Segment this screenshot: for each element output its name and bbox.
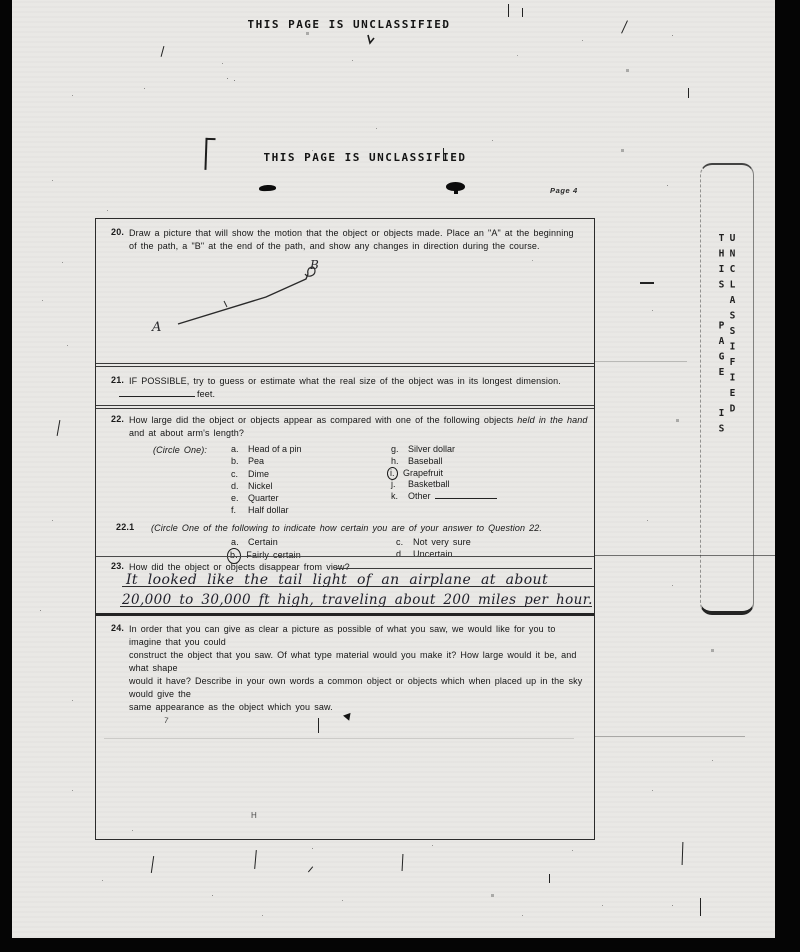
q22-options-col1: a.Head of a pin b.Pea c.Dime d.Nickel e.… (231, 444, 302, 518)
path-label-b: B (309, 258, 319, 272)
stray-bracket-mark (204, 138, 215, 170)
q22-text: How large did the object or objects appe… (129, 414, 591, 440)
scan-line-extension (595, 736, 745, 737)
q21-blank: feet. (119, 388, 215, 401)
ink-blob-left (259, 185, 276, 192)
scan-scratch (151, 856, 155, 873)
classification-side-text: THIS PAGE IS UNCLASSIFIED (716, 233, 738, 611)
scan-scratch (621, 20, 628, 33)
scan-scratch (640, 282, 654, 284)
q22-circle-instruction: (Circle One): (153, 444, 207, 457)
q22-1-number: 22.1 (116, 522, 134, 532)
ink-blob-right-stem (454, 189, 458, 194)
option-row: d.Nickel (231, 481, 302, 493)
page-number: Page 4 (550, 186, 578, 195)
question-22-section: 22. How large did the object or objects … (96, 409, 594, 556)
option-row: e.Quarter (231, 493, 302, 505)
option-row: c.Dime (231, 469, 302, 481)
scan-scratch (57, 420, 61, 436)
q20-number: 20. (111, 227, 124, 237)
question-21-section: 21. IF POSSIBLE, try to guess or estimat… (96, 367, 594, 405)
scan-scratch (308, 866, 313, 872)
classification-header-mid: THIS PAGE IS UNCLASSIFIED (250, 151, 480, 164)
question-23-section: 23. How did the object or objects disapp… (96, 556, 594, 613)
scan-line-extension (595, 361, 687, 362)
question-24-section: 24. In order that you can give as clear … (96, 616, 594, 840)
handwritten-answer-line-1: It looked like the tail light of an airp… (122, 566, 594, 587)
option-row: h.Baseball (391, 456, 497, 468)
scan-scratch (508, 4, 509, 17)
question-20-section: 20. Draw a picture that will show the mo… (96, 219, 594, 363)
scan-scratch (254, 850, 257, 869)
stray-check-mark (364, 34, 378, 48)
option-row: a.Head of a pin (231, 444, 302, 456)
option-row: f.Half dollar (231, 505, 302, 517)
q24-text: In order that you can give as clear a pi… (129, 623, 589, 714)
q22-options-col2: g.Silver dollar h.Baseball i.Grapefruit … (391, 444, 497, 502)
film-border-left (0, 0, 12, 952)
scan-scratch (443, 148, 444, 161)
questionnaire-box: 20. Draw a picture that will show the mo… (95, 218, 595, 840)
path-label-a: A (151, 320, 161, 335)
scan-scratch (402, 854, 404, 871)
stray-ink-mark (343, 713, 353, 722)
film-grain-noise (12, 0, 13, 1)
option-row: k.Other (391, 491, 497, 503)
fill-in-blank (119, 389, 195, 397)
film-border-bottom (0, 938, 800, 952)
option-row-circled-answer: i.Grapefruit (391, 467, 497, 479)
q22-number: 22. (111, 414, 124, 424)
q20-text: Draw a picture that will show the motion… (129, 227, 587, 253)
scan-scratch (682, 842, 684, 865)
option-row: g.Silver dollar (391, 444, 497, 456)
scan-scratch (161, 46, 165, 57)
handwritten-answer-line-2: 20,000 to 30,000 ft high, traveling abou… (120, 587, 592, 607)
q24-number: 24. (111, 623, 124, 633)
scanned-page: THIS PAGE IS UNCLASSIFIED THIS PAGE IS U… (12, 0, 775, 938)
scan-scratch (549, 874, 550, 883)
option-row: j.Basketball (391, 479, 497, 491)
side-stamp-bracket: THIS PAGE IS UNCLASSIFIED (700, 163, 754, 615)
scan-scratch (688, 88, 689, 98)
flight-path-drawing: A B (136, 257, 356, 357)
scan-scratch-line (104, 738, 574, 739)
q21-number: 21. (111, 375, 124, 385)
option-row: b.Pea (231, 456, 302, 468)
film-border-right (775, 0, 800, 952)
stray-mark: 7 (164, 716, 169, 725)
stray-scratch (318, 718, 319, 733)
q21-text: IF POSSIBLE, try to guess or estimate wh… (129, 375, 589, 388)
q22-1-text: (Circle One of the following to indicate… (151, 522, 591, 535)
stray-mark: H (251, 811, 257, 820)
classification-header-top: THIS PAGE IS UNCLASSIFIED (234, 18, 464, 31)
scan-scratch (522, 8, 523, 17)
other-fill-in-blank (435, 491, 497, 499)
scan-line-extension (595, 555, 783, 556)
scan-scratch (700, 898, 701, 916)
